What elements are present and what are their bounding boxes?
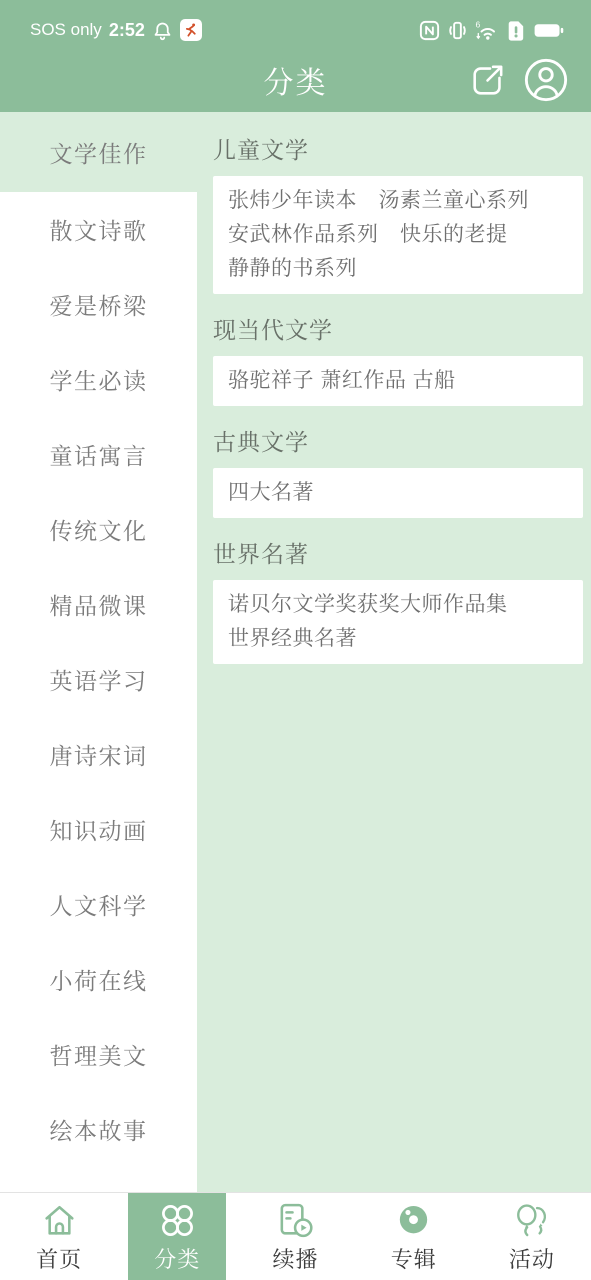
- page-body: 文学佳作 散文诗歌 爱是桥梁 学生必读 童话寓言 传统文化 精品微课 英语学习 …: [0, 112, 591, 1192]
- section-box[interactable]: 骆驼祥子 萧红作品 古船: [213, 356, 583, 406]
- sidebar-item-literary-works[interactable]: 文学佳作: [0, 112, 197, 192]
- tab-label: 专辑: [391, 1243, 437, 1274]
- section-title: 古典文学: [213, 424, 583, 457]
- sidebar-item-philosophy-essays[interactable]: 哲理美文: [0, 1017, 197, 1092]
- category-content: 儿童文学 张炜少年读本 汤素兰童心系列 安武林作品系列 快乐的老提 静静的书系列…: [197, 112, 591, 1192]
- status-left: SOS only 2:52: [30, 19, 202, 41]
- profile-button[interactable]: [523, 57, 569, 103]
- sidebar-item-tang-song-poetry[interactable]: 唐诗宋词: [0, 717, 197, 792]
- share-button[interactable]: [467, 60, 508, 101]
- carrier-label: SOS only: [30, 20, 102, 40]
- nfc-icon: [418, 19, 441, 42]
- tag-line[interactable]: 诺贝尔文学奖获奖大师作品集: [228, 588, 568, 622]
- tab-home[interactable]: 首页: [0, 1193, 118, 1280]
- sidebar-item-english-learning[interactable]: 英语学习: [0, 642, 197, 717]
- tab-albums[interactable]: 专辑: [355, 1193, 473, 1280]
- section-title: 现当代文学: [213, 312, 583, 345]
- sidebar-item-knowledge-animation[interactable]: 知识动画: [0, 792, 197, 867]
- tab-label: 续播: [272, 1243, 318, 1274]
- tag-line[interactable]: 安武林作品系列 快乐的老提: [228, 218, 568, 252]
- profile-icon: [523, 57, 569, 103]
- wifi-6-icon: 6: [474, 18, 500, 42]
- sidebar-item-micro-lessons[interactable]: 精品微课: [0, 567, 197, 642]
- battery-icon: [532, 19, 565, 42]
- sidebar-item-student-must-read[interactable]: 学生必读: [0, 342, 197, 417]
- section-children-literature: 儿童文学 张炜少年读本 汤素兰童心系列 安武林作品系列 快乐的老提 静静的书系列: [213, 132, 583, 294]
- bell-icon: [152, 20, 173, 41]
- tag-line[interactable]: 骆驼祥子 萧红作品 古船: [228, 364, 568, 398]
- header-actions: [467, 57, 569, 103]
- status-bar: SOS only 2:52: [0, 0, 591, 48]
- tab-continue[interactable]: 续播: [236, 1193, 354, 1280]
- tag-line[interactable]: 世界经典名著: [228, 622, 568, 656]
- tab-bar: 首页 分类 续播: [0, 1192, 591, 1280]
- share-icon: [467, 60, 508, 101]
- svg-text:6: 6: [476, 20, 481, 30]
- vibrate-icon: [446, 19, 469, 42]
- section-modern-literature: 现当代文学 骆驼祥子 萧红作品 古船: [213, 312, 583, 406]
- sidebar-item-love-bridge[interactable]: 爱是桥梁: [0, 267, 197, 342]
- tag-line[interactable]: 张炜少年读本 汤素兰童心系列: [228, 184, 568, 218]
- tab-label: 首页: [36, 1243, 82, 1274]
- tab-label: 活动: [509, 1243, 555, 1274]
- tag-line[interactable]: 四大名著: [228, 476, 568, 510]
- sidebar-item-humanities-science[interactable]: 人文科学: [0, 867, 197, 942]
- header-bar: 分类: [0, 48, 591, 112]
- sidebar-item-traditional-culture[interactable]: 传统文化: [0, 492, 197, 567]
- section-classical-literature: 古典文学 四大名著: [213, 424, 583, 518]
- section-title: 儿童文学: [213, 132, 583, 165]
- sidebar-item-fairy-tales[interactable]: 童话寓言: [0, 417, 197, 492]
- sim-alert-icon: [505, 19, 527, 42]
- home-icon: [39, 1200, 80, 1241]
- activity-icon: [511, 1200, 552, 1241]
- section-box[interactable]: 张炜少年读本 汤素兰童心系列 安武林作品系列 快乐的老提 静静的书系列: [213, 176, 583, 294]
- tab-activities[interactable]: 活动: [473, 1193, 591, 1280]
- section-box[interactable]: 诺贝尔文学奖获奖大师作品集 世界经典名著: [213, 580, 583, 664]
- app-screen: SOS only 2:52: [0, 0, 591, 1280]
- section-box[interactable]: 四大名著: [213, 468, 583, 518]
- sidebar-item-picture-books[interactable]: 绘本故事: [0, 1092, 197, 1167]
- sidebar-item-prose-poetry[interactable]: 散文诗歌: [0, 192, 197, 267]
- categories-icon: [157, 1200, 198, 1241]
- header: SOS only 2:52: [0, 0, 591, 112]
- status-time: 2:52: [109, 20, 145, 41]
- tab-categories[interactable]: 分类: [118, 1193, 236, 1280]
- sidebar-item-xiaohe-online[interactable]: 小荷在线: [0, 942, 197, 1017]
- continue-play-icon: [275, 1200, 316, 1241]
- running-app-notification-icon: [180, 19, 202, 41]
- section-title: 世界名著: [213, 536, 583, 569]
- tab-label: 分类: [154, 1243, 200, 1274]
- status-right: 6: [418, 18, 565, 42]
- album-icon: [393, 1200, 434, 1241]
- section-world-classics: 世界名著 诺贝尔文学奖获奖大师作品集 世界经典名著: [213, 536, 583, 664]
- tag-line[interactable]: 静静的书系列: [228, 252, 568, 286]
- category-sidebar: 文学佳作 散文诗歌 爱是桥梁 学生必读 童话寓言 传统文化 精品微课 英语学习 …: [0, 112, 197, 1192]
- sidebar-item-masters-forum[interactable]: 名家讲坛: [0, 1167, 197, 1192]
